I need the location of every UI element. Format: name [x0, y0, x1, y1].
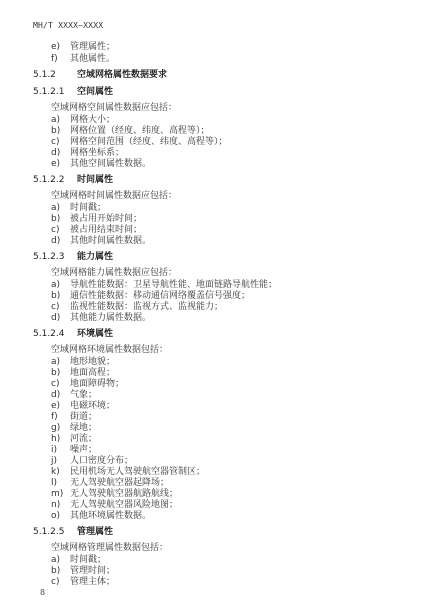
section-heading: 5.1.2.5管理属性 — [33, 526, 113, 538]
paragraph: 空域网格管理属性数据包括： — [51, 542, 168, 554]
section-heading: 5.1.2.4环境属性 — [33, 328, 113, 340]
list-item-text: 管理主体； — [70, 576, 115, 588]
section-title: 空域网格属性数据要求 — [77, 70, 167, 80]
list-item-text: 其他空间属性数据。 — [70, 158, 151, 170]
standard-code-header: MH/T XXXX—XXXX — [33, 21, 103, 30]
section-heading: 5.1.2.1空间属性 — [33, 86, 113, 98]
section-title: 空间属性 — [77, 87, 113, 97]
section-heading: 5.1.2.3能力属性 — [33, 251, 113, 263]
list-item-text: 其他属性。 — [70, 53, 115, 65]
list-item-label: e) — [51, 158, 60, 170]
list-item-text: 管理属性； — [70, 41, 115, 53]
page-number: 8 — [40, 588, 45, 597]
section-number: 5.1.2 — [33, 69, 77, 81]
list-item-text: 其他环境属性数据。 — [70, 510, 151, 522]
section-heading: 5.1.2.2时间属性 — [33, 174, 113, 186]
section-number: 5.1.2.4 — [33, 328, 77, 340]
section-heading: 5.1.2空域网格属性数据要求 — [33, 69, 167, 81]
list-item-label: c) — [51, 576, 59, 588]
paragraph: 空域网格能力属性数据应包括： — [51, 267, 177, 279]
list-item-label: o) — [51, 510, 60, 522]
list-item-label: f) — [51, 53, 58, 65]
paragraph: 空域网格环境属性数据包括： — [51, 344, 168, 356]
list-item-text: 其他时间属性数据。 — [70, 235, 151, 247]
section-number: 5.1.2.1 — [33, 86, 77, 98]
paragraph: 空域网格空间属性数据应包括： — [51, 102, 177, 114]
section-number: 5.1.2.5 — [33, 526, 77, 538]
section-title: 环境属性 — [77, 329, 113, 339]
section-number: 5.1.2.3 — [33, 251, 77, 263]
list-item-label: d) — [51, 235, 60, 247]
section-number: 5.1.2.2 — [33, 174, 77, 186]
document-page: MH/T XXXX—XXXX e)管理属性；f)其他属性。5.1.2空域网格属性… — [0, 0, 433, 611]
list-item-text: 其他能力属性数据。 — [70, 312, 151, 324]
list-item-label: d) — [51, 312, 60, 324]
section-title: 管理属性 — [77, 527, 113, 537]
paragraph: 空域网格时间属性数据应包括： — [51, 190, 177, 202]
list-item-label: e) — [51, 41, 60, 53]
section-title: 能力属性 — [77, 252, 113, 262]
section-title: 时间属性 — [77, 175, 113, 185]
